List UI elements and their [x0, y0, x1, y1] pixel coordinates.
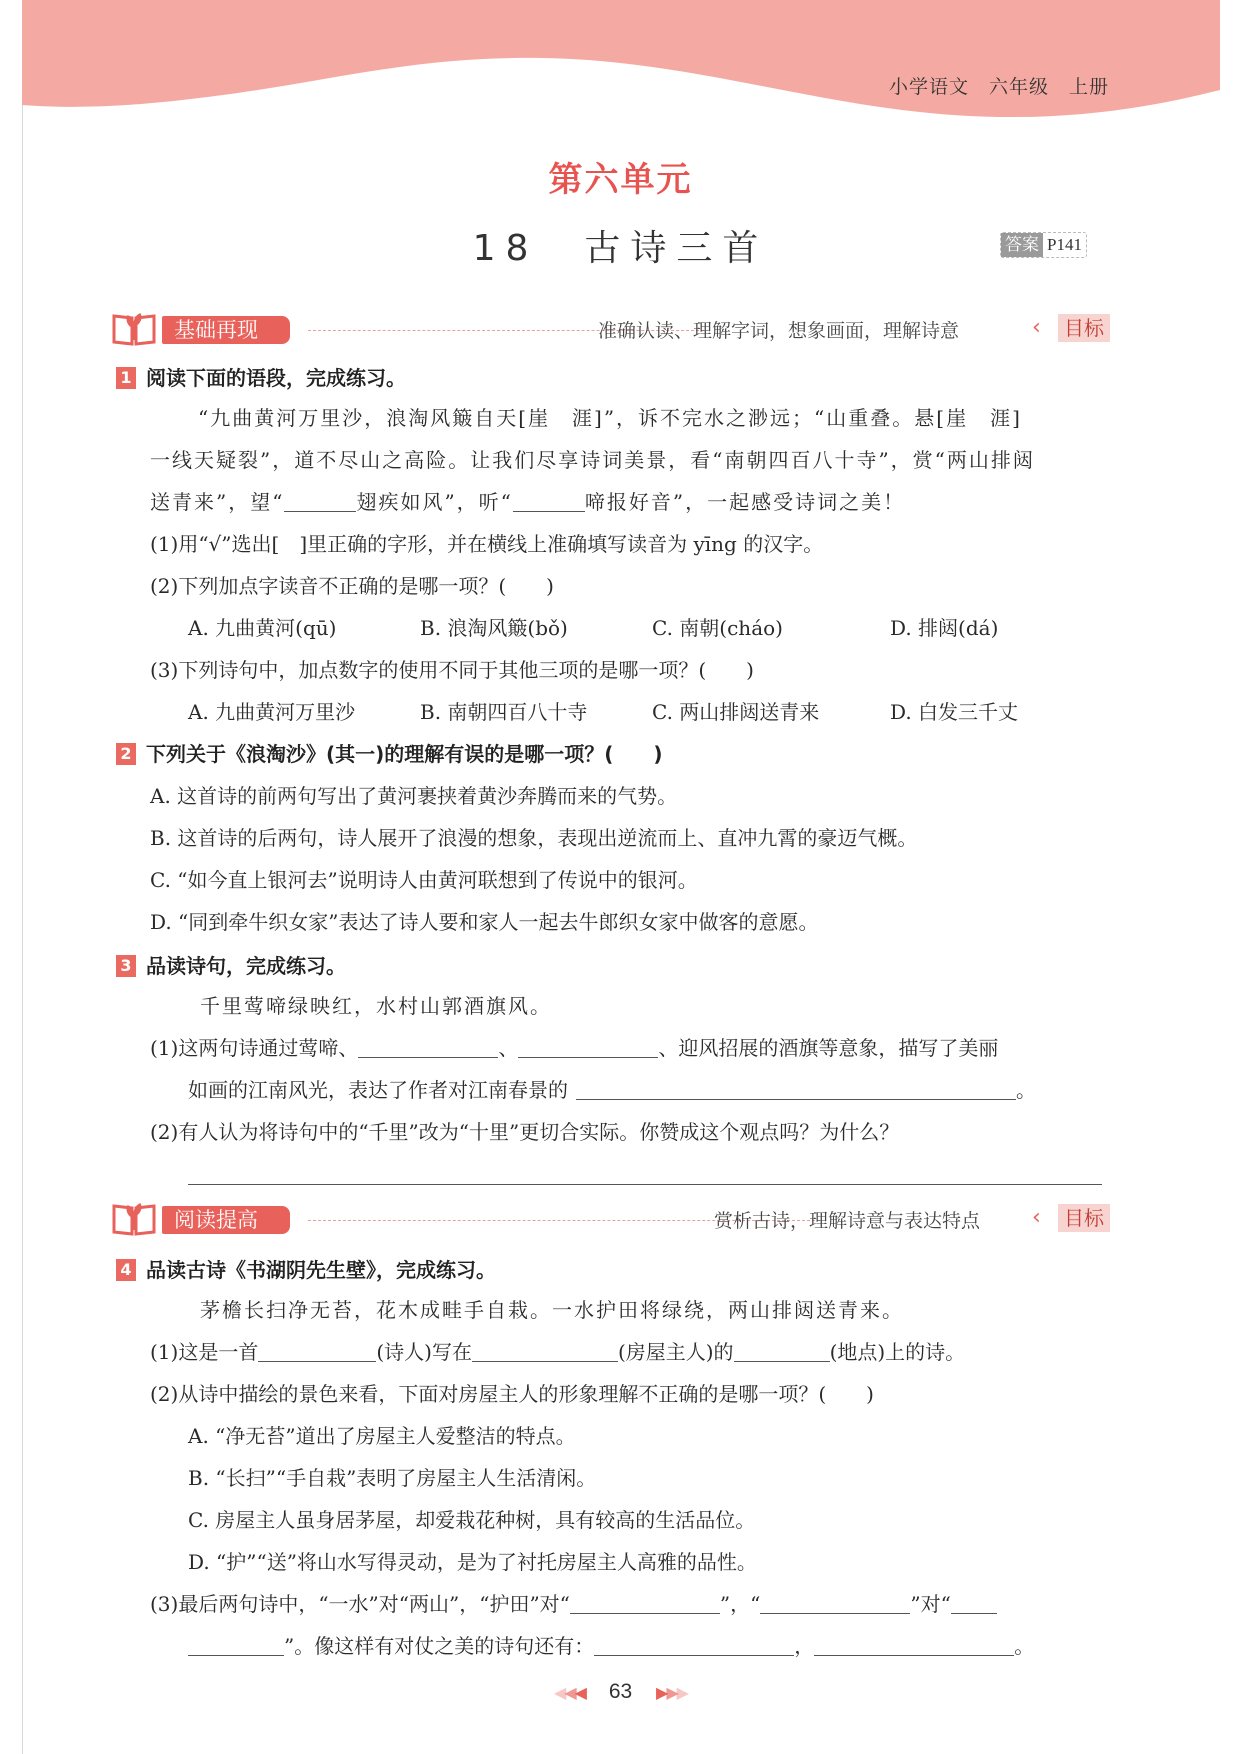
- blank-field[interactable]: [513, 491, 585, 512]
- section-goal: 赏析古诗，理解诗意与表达特点: [714, 1206, 980, 1233]
- blank-field[interactable]: [188, 1635, 284, 1656]
- question-2-heading: 2下列关于《浪淘沙》(其一)的理解有误的是哪一项？( ): [116, 738, 663, 767]
- question-number: 3: [116, 955, 136, 977]
- blank-field[interactable]: [472, 1341, 618, 1362]
- section-bar-basics: 基础再现 准确认读、理解字词，想象画面，理解诗意 ‹ 目标: [112, 310, 1112, 346]
- q3-sub2: (2)有人认为将诗句中的“千里”改为“十里”更切合实际。你赞成这个观点吗？为什么…: [150, 1116, 899, 1145]
- goal-tag: 目标: [1058, 1204, 1110, 1232]
- q4-sub3-line-2: ”。像这样有对仗之美的诗句还有：，。: [188, 1630, 1034, 1659]
- blank-field[interactable]: [258, 1341, 376, 1362]
- blank-field[interactable]: [576, 1079, 1016, 1100]
- q4-sub2-option-c[interactable]: C. 房屋主人虽身居茅屋，却爱栽花种树，具有较高的生活品位。: [188, 1504, 755, 1533]
- q4-sub2-option-d[interactable]: D. “护”“送”将山水写得灵动，是为了衬托房屋主人高雅的品性。: [188, 1546, 757, 1575]
- question-3-heading: 3品读诗句，完成练习。: [116, 950, 346, 979]
- blank-field[interactable]: [570, 1593, 720, 1614]
- question-number: 4: [116, 1259, 136, 1281]
- goal-tag: 目标: [1058, 314, 1110, 342]
- q4-sub3-line-1: (3)最后两句诗中，“一水”对“两山”，“护田”对“”，“”对“: [150, 1588, 997, 1617]
- q1-sub2: (2)下列加点字读音不正确的是哪一项？( ): [150, 570, 554, 599]
- book-sprout-icon: [112, 310, 156, 346]
- answer-line[interactable]: [188, 1184, 1102, 1185]
- page-number: 63: [609, 1680, 632, 1703]
- chevron-left-icon: ‹: [1032, 1205, 1041, 1230]
- blank-field[interactable]: [760, 1593, 910, 1614]
- q1-sub3-option-a[interactable]: A. 九曲黄河万里沙: [188, 696, 355, 725]
- header-wave-banner: [22, 0, 1220, 130]
- q2-option-a[interactable]: A. 这首诗的前两句写出了黄河裹挟着黄沙奔腾而来的气势。: [150, 780, 677, 809]
- arrow-right-icon: ▶: [656, 1685, 666, 1702]
- q1-sub2-option-d[interactable]: D. 排闼(dá): [890, 612, 998, 641]
- arrow-right-icon: ▶: [666, 1685, 676, 1702]
- answer-badge[interactable]: 答案 P141: [1000, 232, 1087, 258]
- q2-option-b[interactable]: B. 这首诗的后两句，诗人展开了浪漫的想象，表现出逆流而上、直冲九霄的豪迈气概。: [150, 822, 917, 851]
- page-footer: ◀◀◀ 63 ▶▶▶: [0, 1680, 1241, 1704]
- q1-sub2-option-c[interactable]: C. 南朝(cháo): [652, 612, 783, 641]
- arrow-right-icon: ▶: [677, 1685, 687, 1702]
- blank-field[interactable]: [734, 1341, 830, 1362]
- section-tag: 基础再现: [162, 316, 290, 344]
- q1-sub1: (1)用“√”选出[ ]里正确的字形，并在横线上准确填写读音为 yīng 的汉字…: [150, 528, 823, 557]
- arrow-left-icon: ◀: [564, 1685, 574, 1702]
- arrow-left-icon: ◀: [575, 1685, 585, 1702]
- answer-label: 答案: [1001, 233, 1043, 257]
- blank-field[interactable]: [951, 1593, 997, 1614]
- blank-field[interactable]: [358, 1037, 498, 1058]
- blank-field[interactable]: [594, 1635, 794, 1656]
- section-tag: 阅读提高: [162, 1206, 290, 1234]
- q4-sub1: (1)这是一首(诗人)写在(房屋主人)的(地点)上的诗。: [150, 1336, 965, 1365]
- question-number: 2: [116, 743, 136, 765]
- question-4-heading: 4品读古诗《书湖阴先生壁》，完成练习。: [116, 1254, 496, 1283]
- q4-sub2-option-a[interactable]: A. “净无苔”道出了房屋主人爱整洁的特点。: [188, 1420, 576, 1449]
- q4-sub2: (2)从诗中描绘的景色来看，下面对房屋主人的形象理解不正确的是哪一项？( ): [150, 1378, 874, 1407]
- arrow-left-icon: ◀: [554, 1685, 564, 1702]
- q1-sub2-option-b[interactable]: B. 浪淘风簸(bǒ): [420, 612, 568, 641]
- q1-sub2-option-a[interactable]: A. 九曲黄河(qū): [188, 612, 336, 641]
- question-1-heading: 1阅读下面的语段，完成练习。: [116, 362, 406, 391]
- answer-page: P141: [1043, 233, 1086, 257]
- blank-field[interactable]: [284, 491, 356, 512]
- unit-title: 第六单元: [0, 152, 1241, 201]
- q1-sub3-option-d[interactable]: D. 白发三千丈: [890, 696, 1018, 725]
- q1-sub3-option-b[interactable]: B. 南朝四百八十寺: [420, 696, 587, 725]
- q3-poem: 千里莺啼绿映红，水村山郭酒旗风。: [200, 990, 552, 1019]
- blank-field[interactable]: [518, 1037, 658, 1058]
- q1-para-line-2: 一线天疑裂”，道不尽山之高险。让我们尽享诗词美景，看“南朝四百八十寺”，赏“两山…: [150, 444, 1035, 473]
- q1-para-line-1: “九曲黄河万里沙，浪淘风簸自天[崖 涯]”，诉不完水之渺远；“山重叠。悬[崖 涯…: [198, 402, 1022, 431]
- book-sprout-icon: [112, 1200, 156, 1236]
- q1-para-line-3: 送青来”，望“翅疾如风”，听“啼报好音”，一起感受诗词之美！: [150, 486, 905, 515]
- q1-sub3-option-c[interactable]: C. 两山排闼送青来: [652, 696, 819, 725]
- q4-sub2-option-b[interactable]: B. “长扫”“手自栽”表明了房屋主人生活清闲。: [188, 1462, 596, 1491]
- q2-option-c[interactable]: C. “如今直上银河去”说明诗人由黄河联想到了传说中的银河。: [150, 864, 698, 893]
- q2-option-d[interactable]: D. “同到牵牛织女家”表达了诗人要和家人一起去牛郎织女家中做客的意愿。: [150, 906, 819, 935]
- header-subject: 小学语文 六年级 上册: [889, 72, 1109, 99]
- blank-field[interactable]: [814, 1635, 1014, 1656]
- q1-sub3: (3)下列诗句中，加点数字的使用不同于其他三项的是哪一项？( ): [150, 654, 754, 683]
- question-number: 1: [116, 367, 136, 389]
- section-goal: 准确认读、理解字词，想象画面，理解诗意: [598, 316, 959, 343]
- q3-sub1-line-1: (1)这两句诗通过莺啼、、、迎风招展的酒旗等意象，描写了美丽: [150, 1032, 998, 1061]
- q4-poem: 茅檐长扫净无苔，花木成畦手自栽。一水护田将绿绕，两山排闼送青来。: [200, 1294, 904, 1323]
- q3-sub1-line-2: 如画的江南风光，表达了作者对江南春景的。: [188, 1074, 1036, 1103]
- chevron-left-icon: ‹: [1032, 315, 1041, 340]
- section-bar-reading: 阅读提高 赏析古诗，理解诗意与表达特点 ‹ 目标: [112, 1200, 1112, 1236]
